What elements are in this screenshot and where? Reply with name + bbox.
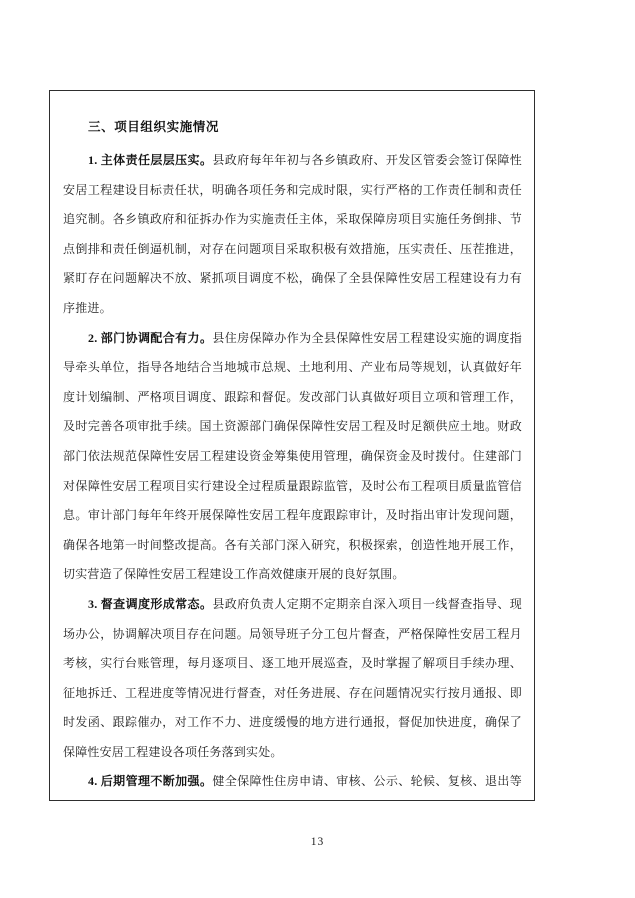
- paragraph-3: 3. 督查调度形成常态。县政府负责人定期不定期亲自深入项目一线督查指导、现场办公…: [63, 590, 522, 768]
- paragraph-3-body: 县政府负责人定期不定期亲自深入项目一线督查指导、现场办公，协调解决项目存在问题。…: [63, 597, 522, 759]
- report-table-cell: 三、项目组织实施情况 1. 主体责任层层压实。县政府每年年初与各乡镇政府、开发区…: [49, 90, 535, 801]
- paragraph-3-lead: 3. 督查调度形成常态。: [88, 597, 212, 611]
- paragraph-4: 4. 后期管理不断加强。健全保障性住房申请、审核、公示、轮候、复核、退出等制度，…: [63, 767, 522, 801]
- paragraph-4-lead: 4. 后期管理不断加强。: [88, 774, 212, 788]
- paragraph-2: 2. 部门协调配合有力。县住房保障办作为全县保障性安居工程建设实施的调度指导牵头…: [63, 324, 522, 590]
- paragraph-1-body: 县政府每年年初与各乡镇政府、开发区管委会签订保障性安居工程建设目标责任状，明确各…: [63, 153, 522, 315]
- paragraph-1-lead: 1. 主体责任层层压实。: [88, 153, 212, 167]
- paragraph-2-lead: 2. 部门协调配合有力。: [88, 331, 212, 345]
- document-page: 三、项目组织实施情况 1. 主体责任层层压实。县政府每年年初与各乡镇政府、开发区…: [0, 0, 635, 898]
- paragraph-1: 1. 主体责任层层压实。县政府每年年初与各乡镇政府、开发区管委会签订保障性安居工…: [63, 146, 522, 324]
- section-heading: 三、项目组织实施情况: [63, 113, 522, 142]
- paragraph-2-body: 县住房保障办作为全县保障性安居工程建设实施的调度指导牵头单位，指导各地结合当地城…: [63, 331, 522, 582]
- page-number: 13: [0, 836, 635, 848]
